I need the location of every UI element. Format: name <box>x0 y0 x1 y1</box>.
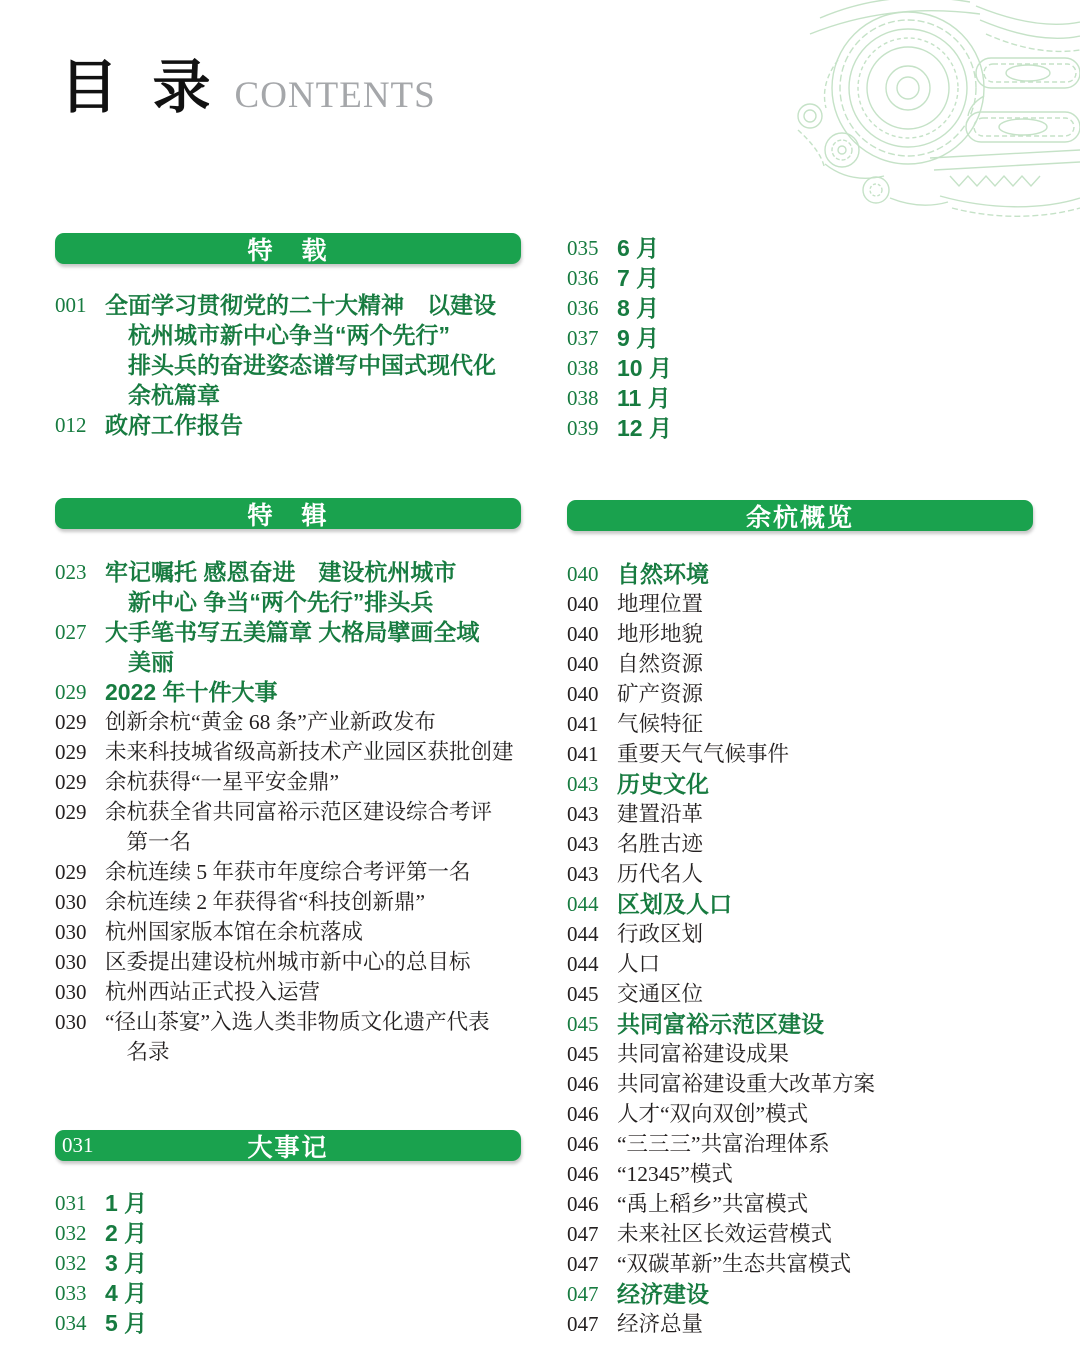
toc-entry-title: 杭州国家版本馆在余杭落成 <box>105 917 521 947</box>
toc-entry-title: “双碳革新”生态共富模式 <box>617 1249 1033 1279</box>
toc-entry-page-number: 034 <box>55 1308 105 1338</box>
toc-entry-page-number: 037 <box>567 323 617 353</box>
toc-entry-page-number: 041 <box>567 709 617 739</box>
toc-entry: 029创新余杭“黄金 68 条”产业新政发布 <box>55 707 521 737</box>
toc-entry-page-number: 046 <box>567 1099 617 1129</box>
toc-entry-title: 4 月 <box>105 1278 521 1308</box>
toc-entry-title: 创新余杭“黄金 68 条”产业新政发布 <box>105 707 521 737</box>
toc-entry-title: 矿产资源 <box>617 679 1033 709</box>
toc-entry-page-number: 043 <box>567 799 617 829</box>
toc-entry-title: 名胜古迹 <box>617 829 1033 859</box>
toc-entry-page-number: 043 <box>567 769 617 799</box>
section-banner: 余杭概览 <box>567 500 1033 531</box>
toc-entry-title: 共同富裕建设成果 <box>617 1039 1033 1069</box>
toc-entry-page-number: 045 <box>567 1009 617 1039</box>
toc-entry-page-number: 036 <box>567 263 617 293</box>
toc-entry: 040矿产资源 <box>567 679 1033 709</box>
toc-entry-page-number: 029 <box>55 737 105 767</box>
toc-entry-page-number: 044 <box>567 919 617 949</box>
toc-column-right: 0356 月0367 月0368 月0379 月03810 月03811 月03… <box>567 233 1033 1339</box>
toc-entry: 041重要天气气候事件 <box>567 739 1033 769</box>
toc-entry: 027大手笔书写五美篇章 大格局擘画全域 美丽 <box>55 617 521 677</box>
toc-entry-page-number: 044 <box>567 949 617 979</box>
toc-entry-page-number: 029 <box>55 797 105 827</box>
toc-entry: 045共同富裕示范区建设 <box>567 1009 1033 1039</box>
toc-entry: 040地形地貌 <box>567 619 1033 649</box>
toc-entry-page-number: 012 <box>55 410 105 440</box>
toc-entry: 0379 月 <box>567 323 1033 353</box>
toc-entry-page-number: 040 <box>567 589 617 619</box>
toc-entry-page-number: 030 <box>55 947 105 977</box>
toc-entry-title: 余杭获全省共同富裕示范区建设综合考评 第一名 <box>105 797 521 857</box>
page-title-english: CONTENTS <box>235 74 436 117</box>
toc-entry: 040自然环境 <box>567 559 1033 589</box>
toc-entry-page-number: 047 <box>567 1279 617 1309</box>
toc-entry-page-number: 046 <box>567 1159 617 1189</box>
toc-entry-page-number: 046 <box>567 1069 617 1099</box>
toc-entry: 0345 月 <box>55 1308 521 1338</box>
toc-entry-list: 0311 月0322 月0323 月0334 月0345 月 <box>55 1188 521 1338</box>
toc-entry: 045交通区位 <box>567 979 1033 1009</box>
toc-entry-title: 共同富裕建设重大改革方案 <box>617 1069 1033 1099</box>
toc-entry-page-number: 044 <box>567 889 617 919</box>
section-banner-label: 特 辑 <box>247 496 328 532</box>
toc-entry: 046“三三三”共富治理体系 <box>567 1129 1033 1159</box>
toc-entry: 029余杭获得“一星平安金鼎” <box>55 767 521 797</box>
toc-entry: 029未来科技城省级高新技术产业园区获批创建 <box>55 737 521 767</box>
toc-entry-page-number: 043 <box>567 859 617 889</box>
toc-entry-title: 6 月 <box>617 233 1033 263</box>
toc-entry-page-number: 036 <box>567 293 617 323</box>
toc-entry: 041气候特征 <box>567 709 1033 739</box>
toc-entry-title: 交通区位 <box>617 979 1033 1009</box>
toc-entry-title: 2022 年十件大事 <box>105 677 521 707</box>
section-banner-label: 余杭概览 <box>746 498 854 534</box>
toc-entry-page-number: 030 <box>55 917 105 947</box>
toc-entry: 030杭州西站正式投入运营 <box>55 977 521 1007</box>
liangzhu-jade-pattern-icon <box>780 0 1080 220</box>
toc-entry-page-number: 032 <box>55 1218 105 1248</box>
toc-entry-title: 共同富裕示范区建设 <box>617 1009 1033 1039</box>
toc-entry: 044人口 <box>567 949 1033 979</box>
toc-entry: 046“12345”模式 <box>567 1159 1033 1189</box>
page-title-chinese: 目 录 <box>60 40 221 124</box>
toc-entry: 040自然资源 <box>567 649 1033 679</box>
toc-entry-title: 余杭连续 5 年获市年度综合考评第一名 <box>105 857 521 887</box>
toc-entry-title: 区划及人口 <box>617 889 1033 919</box>
toc-entry-title: 人才“双向双创”模式 <box>617 1099 1033 1129</box>
toc-entry-page-number: 038 <box>567 383 617 413</box>
toc-entry-page-number: 047 <box>567 1309 617 1339</box>
toc-entry: 023牢记嘱托 感恩奋进 建设杭州城市 新中心 争当“两个先行”排头兵 <box>55 557 521 617</box>
toc-entry-page-number: 043 <box>567 829 617 859</box>
toc-entry: 043历史文化 <box>567 769 1033 799</box>
toc-entry: 030区委提出建设杭州城市新中心的总目标 <box>55 947 521 977</box>
toc-entry-page-number: 046 <box>567 1189 617 1219</box>
toc-entry-title: “禹上稻乡”共富模式 <box>617 1189 1033 1219</box>
toc-entry-title: 行政区划 <box>617 919 1033 949</box>
toc-entry: 040地理位置 <box>567 589 1033 619</box>
toc-entry: 0323 月 <box>55 1248 521 1278</box>
toc-entry-title: 3 月 <box>105 1248 521 1278</box>
toc-entry: 043建置沿革 <box>567 799 1033 829</box>
toc-entry: 012政府工作报告 <box>55 410 521 440</box>
toc-entry-title: 重要天气气候事件 <box>617 739 1033 769</box>
toc-entry: 047未来社区长效运营模式 <box>567 1219 1033 1249</box>
toc-entry-title: 余杭连续 2 年获得省“科技创新鼎” <box>105 887 521 917</box>
toc-entry-page-number: 045 <box>567 979 617 1009</box>
toc-entry-page-number: 030 <box>55 977 105 1007</box>
toc-entry-title: 经济总量 <box>617 1309 1033 1339</box>
toc-entry-page-number: 040 <box>567 619 617 649</box>
toc-entry: 044区划及人口 <box>567 889 1033 919</box>
toc-entry-page-number: 029 <box>55 767 105 797</box>
toc-entry-title: 建置沿革 <box>617 799 1033 829</box>
toc-entry: 044行政区划 <box>567 919 1033 949</box>
toc-entry-page-number: 030 <box>55 1007 105 1037</box>
toc-entry-page-number: 023 <box>55 557 105 587</box>
toc-entry-title: 8 月 <box>617 293 1033 323</box>
toc-entry-title: 2 月 <box>105 1218 521 1248</box>
toc-entry-title: 历代名人 <box>617 859 1033 889</box>
toc-entry-page-number: 047 <box>567 1219 617 1249</box>
toc-entry-list: 0356 月0367 月0368 月0379 月03810 月03811 月03… <box>567 233 1033 443</box>
section-banner: 特 辑 <box>55 498 521 529</box>
toc-entry-title: 自然资源 <box>617 649 1033 679</box>
toc-entry-page-number: 029 <box>55 707 105 737</box>
toc-entry: 0292022 年十件大事 <box>55 677 521 707</box>
toc-entry-list: 023牢记嘱托 感恩奋进 建设杭州城市 新中心 争当“两个先行”排头兵027大手… <box>55 557 521 1067</box>
toc-entry: 03912 月 <box>567 413 1033 443</box>
toc-entry-title: 大手笔书写五美篇章 大格局擘画全域 美丽 <box>105 617 521 677</box>
toc-entry-list: 001全面学习贯彻党的二十大精神 以建设 杭州城市新中心争当“两个先行” 排头兵… <box>55 290 521 440</box>
toc-entry-title: 5 月 <box>105 1308 521 1338</box>
toc-entry: 047“双碳革新”生态共富模式 <box>567 1249 1033 1279</box>
toc-entry-page-number: 038 <box>567 353 617 383</box>
toc-entry-page-number: 032 <box>55 1248 105 1278</box>
toc-entry-page-number: 045 <box>567 1039 617 1069</box>
toc-entry-title: 1 月 <box>105 1188 521 1218</box>
toc-entry-title: 牢记嘱托 感恩奋进 建设杭州城市 新中心 争当“两个先行”排头兵 <box>105 557 521 617</box>
toc-entry-page-number: 029 <box>55 857 105 887</box>
toc-entry-page-number: 035 <box>567 233 617 263</box>
toc-entry-title: 11 月 <box>617 383 1033 413</box>
toc-entry: 030余杭连续 2 年获得省“科技创新鼎” <box>55 887 521 917</box>
toc-entry-title: 区委提出建设杭州城市新中心的总目标 <box>105 947 521 977</box>
toc-entry: 047经济建设 <box>567 1279 1033 1309</box>
toc-entry-title: 气候特征 <box>617 709 1033 739</box>
toc-entry-title: “径山茶宴”入选人类非物质文化遗产代表 名录 <box>105 1007 521 1067</box>
toc-entry-page-number: 030 <box>55 887 105 917</box>
toc-entry: 001全面学习贯彻党的二十大精神 以建设 杭州城市新中心争当“两个先行” 排头兵… <box>55 290 521 410</box>
toc-entry-title: 历史文化 <box>617 769 1033 799</box>
banner-page-number: 031 <box>62 1130 94 1161</box>
section-banner-label: 特 载 <box>247 231 328 267</box>
toc-entry-list: 040自然环境040地理位置040地形地貌040自然资源040矿产资源041气候… <box>567 559 1033 1339</box>
toc-entry-title: 杭州西站正式投入运营 <box>105 977 521 1007</box>
toc-entry-title: 10 月 <box>617 353 1033 383</box>
toc-entry-title: “三三三”共富治理体系 <box>617 1129 1033 1159</box>
toc-entry: 029余杭获全省共同富裕示范区建设综合考评 第一名 <box>55 797 521 857</box>
toc-entry-page-number: 040 <box>567 559 617 589</box>
toc-entry: 0334 月 <box>55 1278 521 1308</box>
toc-entry: 043历代名人 <box>567 859 1033 889</box>
toc-entry-title: 未来科技城省级高新技术产业园区获批创建 <box>105 737 521 767</box>
toc-entry-title: 地形地貌 <box>617 619 1033 649</box>
toc-entry: 03810 月 <box>567 353 1033 383</box>
toc-entry-page-number: 040 <box>567 649 617 679</box>
toc-entry: 046“禹上稻乡”共富模式 <box>567 1189 1033 1219</box>
toc-entry-title: 全面学习贯彻党的二十大精神 以建设 杭州城市新中心争当“两个先行” 排头兵的奋进… <box>105 290 521 410</box>
toc-entry-title: 未来社区长效运营模式 <box>617 1219 1033 1249</box>
toc-entry: 045共同富裕建设成果 <box>567 1039 1033 1069</box>
toc-entry-page-number: 001 <box>55 290 105 320</box>
toc-entry-page-number: 031 <box>55 1188 105 1218</box>
toc-entry-title: 人口 <box>617 949 1033 979</box>
toc-entry-title: “12345”模式 <box>617 1159 1033 1189</box>
toc-entry: 0368 月 <box>567 293 1033 323</box>
toc-entry: 046人才“双向双创”模式 <box>567 1099 1033 1129</box>
toc-entry-page-number: 046 <box>567 1129 617 1159</box>
toc-entry-title: 经济建设 <box>617 1279 1033 1309</box>
toc-entry-title: 地理位置 <box>617 589 1033 619</box>
toc-entry-title: 9 月 <box>617 323 1033 353</box>
toc-entry: 0322 月 <box>55 1218 521 1248</box>
toc-entry-title: 12 月 <box>617 413 1033 443</box>
toc-entry-title: 7 月 <box>617 263 1033 293</box>
section-banner: 031大事记 <box>55 1130 521 1161</box>
toc-entry-page-number: 039 <box>567 413 617 443</box>
toc-entry: 047经济总量 <box>567 1309 1033 1339</box>
section-banner-label: 大事记 <box>247 1128 328 1164</box>
toc-entry: 043名胜古迹 <box>567 829 1033 859</box>
page-title: 目 录 CONTENTS <box>60 40 436 124</box>
toc-entry-page-number: 041 <box>567 739 617 769</box>
toc-entry: 0356 月 <box>567 233 1033 263</box>
toc-entry: 029余杭连续 5 年获市年度综合考评第一名 <box>55 857 521 887</box>
toc-entry-page-number: 027 <box>55 617 105 647</box>
toc-entry-page-number: 040 <box>567 679 617 709</box>
toc-entry: 030杭州国家版本馆在余杭落成 <box>55 917 521 947</box>
toc-entry-title: 余杭获得“一星平安金鼎” <box>105 767 521 797</box>
section-banner: 特 载 <box>55 233 521 264</box>
toc-entry-title: 自然环境 <box>617 559 1033 589</box>
toc-entry-page-number: 029 <box>55 677 105 707</box>
toc-entry-title: 政府工作报告 <box>105 410 521 440</box>
toc-entry: 030“径山茶宴”入选人类非物质文化遗产代表 名录 <box>55 1007 521 1067</box>
toc-entry-page-number: 047 <box>567 1249 617 1279</box>
toc-entry: 046共同富裕建设重大改革方案 <box>567 1069 1033 1099</box>
toc-entry-page-number: 033 <box>55 1278 105 1308</box>
toc-entry: 03811 月 <box>567 383 1033 413</box>
toc-entry: 0311 月 <box>55 1188 521 1218</box>
toc-entry: 0367 月 <box>567 263 1033 293</box>
toc-column-left: 特 载001全面学习贯彻党的二十大精神 以建设 杭州城市新中心争当“两个先行” … <box>55 233 521 1338</box>
